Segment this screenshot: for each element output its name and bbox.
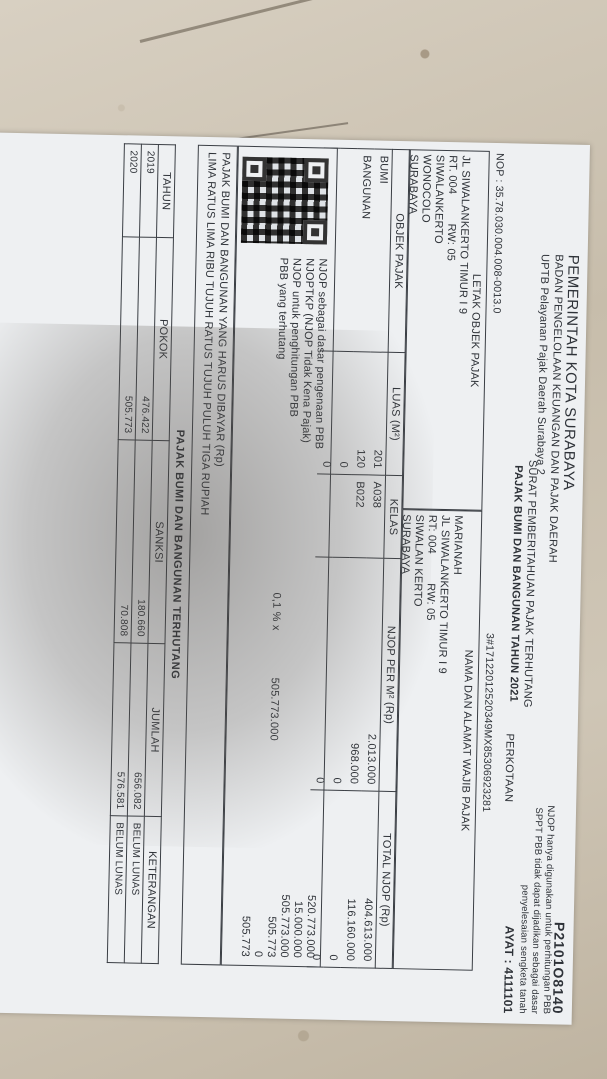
col-kelas: KELAS [384, 475, 403, 558]
cell-luas: 120 [351, 352, 371, 475]
cell-tahun: 2020 [122, 144, 141, 237]
calculation-labels: NJOP sebagai dasar pengenaan PBB NJOPTKP… [269, 257, 329, 638]
cell-kelas: A038 [366, 475, 385, 558]
cell-luas: 0 [334, 351, 354, 474]
rw-label: RW: [424, 583, 436, 605]
cell-tahun: 2019 [139, 144, 158, 237]
rt-label: RT. [446, 155, 458, 172]
calc-value: 0 [251, 894, 265, 958]
tax-base: 505.773.000 [267, 677, 280, 741]
cell-ket: BELUM LUNAS [124, 816, 144, 963]
cell-kelas: B022 [349, 475, 368, 558]
calc-value: 505.773 [264, 894, 278, 958]
tax-rate: 0,1 % x [270, 592, 283, 630]
floor-crack [140, 0, 597, 43]
col-luas: LUAS (M²) [386, 352, 406, 475]
rw-label: RW: [445, 223, 457, 245]
calc-value: 15.000.000 [290, 895, 304, 959]
barcode-id: 3#17122012520349MX85306923281 [480, 633, 496, 812]
sppt-pbb-document: PEMERINTAH KOTA SURABAYA BADAN PENGELOLA… [0, 132, 590, 1024]
rw-value: 05 [424, 608, 436, 621]
nop-label: NOP [493, 153, 505, 176]
taxpayer-box: NAMA DAN ALAMAT WAJIB PAJAK MARIANAH JL … [393, 509, 483, 971]
cell-jumlah: 656.082 [127, 643, 148, 816]
qr-code [241, 157, 329, 245]
cell-kelas [332, 474, 351, 557]
cell-ket: BELUM LUNAS [107, 816, 127, 963]
rt-value: 004 [425, 535, 437, 554]
cell-jumlah: 576.581 [110, 643, 131, 816]
nop-value: 35.78.030.004.008-0013.0 [490, 186, 505, 314]
rt-label: RT: [426, 515, 438, 532]
calc-value: 505.773 [238, 893, 252, 957]
rt-value: 004 [446, 175, 458, 194]
cell-total: 404.613.000 [358, 791, 379, 968]
calculation-box: NJOP sebagai dasar pengenaan PBB NJOPTKP… [221, 146, 338, 968]
cell-luas: 201 [368, 352, 388, 475]
calculation-values: 520.773.000 15.000.000 505.773.000 505.7… [238, 893, 317, 958]
area-type: PERKOTAAN [502, 733, 515, 802]
col-tahun: TAHUN [156, 144, 175, 237]
calc-value: 505.773.000 [277, 894, 291, 958]
tax-document-photo: PEMERINTAH KOTA SURABAYA BADAN PENGELOLA… [0, 132, 590, 1024]
document-title-block: SURAT PEMBERITAHUAN PAJAK TERHUTANG PAJA… [505, 393, 541, 774]
object-location-box: LETAK OBJEK PAJAK JL SIWALANKERTO TIMUR … [402, 149, 490, 511]
rw-value: 05 [445, 248, 457, 261]
col-keterangan: KETERANGAN [141, 816, 161, 963]
calc-value: 520.773.000 [303, 895, 317, 959]
nop-line: NOP : 35.78.030.004.008-0013.0 [490, 153, 505, 314]
